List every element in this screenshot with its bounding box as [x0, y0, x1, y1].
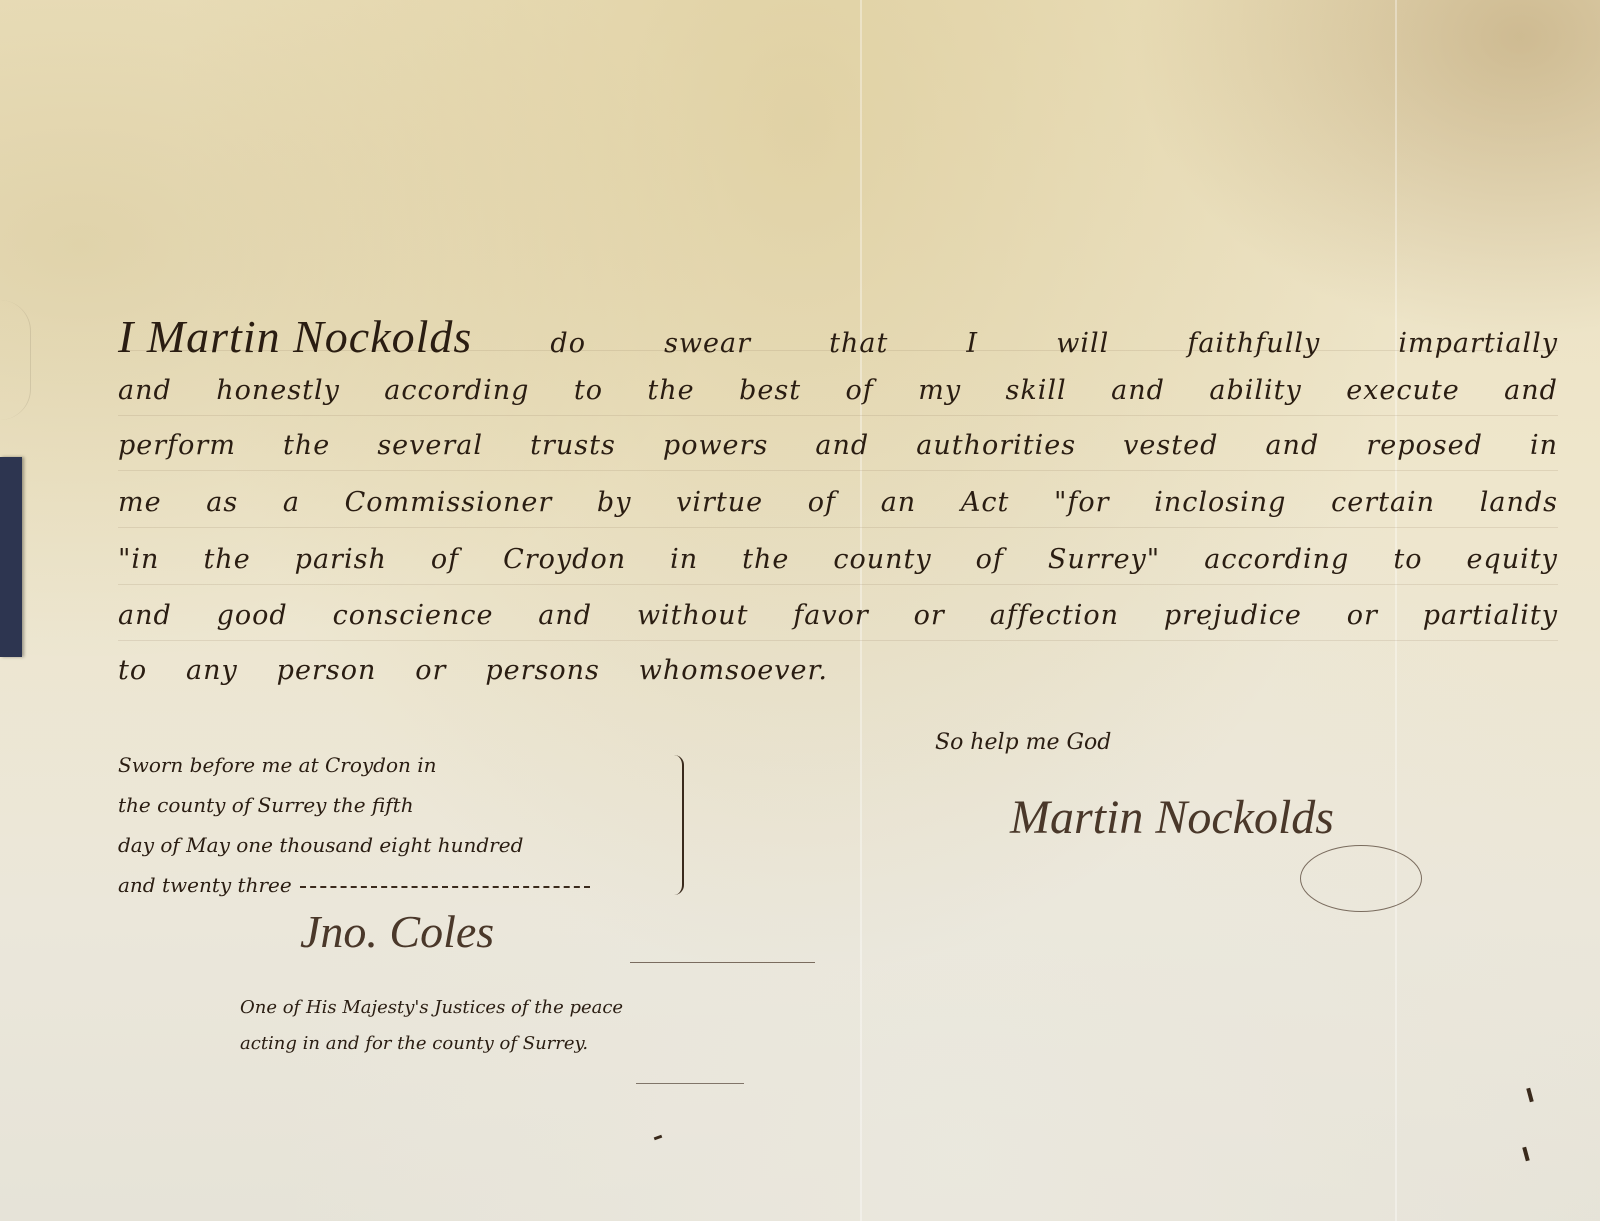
word: equity [1466, 544, 1557, 575]
word: conscience [333, 600, 494, 631]
word: best [739, 375, 801, 406]
word: of [846, 375, 874, 406]
word: perform [118, 430, 236, 461]
justice-title-line: One of His Majesty's Justices of the pea… [240, 990, 623, 1026]
dash-filler [300, 886, 590, 888]
word: faithfully [1187, 328, 1320, 359]
word: lands [1480, 487, 1558, 518]
oath-line-6: and good conscience and without favor or… [118, 600, 1558, 641]
justice-title-block: One of His Majesty's Justices of the pea… [240, 990, 623, 1062]
word: several [377, 430, 483, 461]
oath-line-5: "in the parish of Croydon in the county … [118, 544, 1558, 585]
word: and [118, 375, 172, 406]
word: affection [990, 600, 1119, 631]
word: by [597, 487, 632, 518]
word: will [1056, 328, 1109, 359]
word: and [1111, 375, 1165, 406]
margin-pencil-mark [0, 300, 31, 420]
word: to [1393, 544, 1422, 575]
jurat-brace [670, 755, 684, 895]
word: do [550, 328, 586, 359]
oath-line-2: and honestly according to the best of my… [118, 375, 1558, 416]
word: powers [663, 430, 768, 461]
word: and [815, 430, 869, 461]
word: me [118, 487, 162, 518]
oath-line-4: me as a Commissioner by virtue of an Act… [118, 487, 1558, 528]
word: the [203, 544, 250, 575]
word: virtue [676, 487, 763, 518]
jurat-block: Sworn before me at Croydon in the county… [118, 745, 678, 905]
word: "for [1054, 487, 1110, 518]
deponent-signature: Martin Nockolds [1010, 790, 1334, 845]
word: in [670, 544, 698, 575]
word: according [384, 375, 529, 406]
word: inclosing [1154, 487, 1286, 518]
word: and [118, 600, 172, 631]
word: a [283, 487, 300, 518]
word: ability [1209, 375, 1301, 406]
word: Surrey" [1048, 544, 1160, 575]
word: the [742, 544, 789, 575]
word: that [829, 328, 888, 359]
jurat-line-text: and twenty three [118, 873, 292, 897]
word: skill [1006, 375, 1067, 406]
word: swear [664, 328, 751, 359]
jurat-line: the county of Surrey the fifth [118, 785, 678, 825]
word: person [277, 655, 377, 686]
word: Croydon [503, 544, 626, 575]
word: an [881, 487, 917, 518]
word: or [415, 655, 446, 686]
justice-title-line: acting in and for the county of Surrey. [240, 1026, 623, 1062]
word: whomsoever. [639, 655, 828, 686]
word: and [1265, 430, 1319, 461]
word: Commissioner [345, 487, 553, 518]
oath-line-1: I Martin Nockolds do swear that I will f… [118, 310, 1558, 351]
word: any [186, 655, 238, 686]
signature-underline [630, 962, 815, 963]
signature-flourish [1300, 845, 1422, 912]
word: or [914, 600, 945, 631]
rule-mark [636, 1083, 744, 1084]
word: vested [1123, 430, 1218, 461]
word: and [1504, 375, 1558, 406]
word: I [966, 328, 978, 359]
word: "in [118, 544, 159, 575]
word: of [976, 544, 1004, 575]
oath-line-7: to any person or persons whomsoever. [118, 655, 828, 695]
word: my [918, 375, 961, 406]
word: authorities [916, 430, 1076, 461]
word: in [1530, 430, 1558, 461]
word: according [1204, 544, 1349, 575]
binding-tab [0, 457, 22, 657]
word: without [637, 600, 748, 631]
justice-signature: Jno. Coles [300, 905, 494, 958]
word: impartially [1398, 328, 1558, 359]
word: persons [485, 655, 600, 686]
word: to [574, 375, 603, 406]
word: trusts [530, 430, 616, 461]
word: of [431, 544, 459, 575]
word: certain [1331, 487, 1435, 518]
word: or [1347, 600, 1378, 631]
word: prejudice [1164, 600, 1302, 631]
jurat-line: Sworn before me at Croydon in [118, 745, 678, 785]
word: favor [793, 600, 869, 631]
word: parish [295, 544, 387, 575]
closing-phrase: So help me God [935, 730, 1111, 755]
word: Act [961, 487, 1009, 518]
word: as [206, 487, 238, 518]
word: to [118, 655, 147, 686]
word: execute [1346, 375, 1460, 406]
word: county [833, 544, 931, 575]
word: partiality [1423, 600, 1558, 631]
word: good [217, 600, 288, 631]
jurat-line: and twenty three [118, 865, 678, 905]
word: of [808, 487, 836, 518]
word: the [283, 430, 330, 461]
oath-line-3: perform the several trusts powers and au… [118, 430, 1558, 471]
word: the [647, 375, 694, 406]
word: honestly [216, 375, 340, 406]
word: reposed [1366, 430, 1483, 461]
jurat-line: day of May one thousand eight hundred [118, 825, 678, 865]
word: and [538, 600, 592, 631]
oath-name: I Martin Nockolds [118, 310, 472, 363]
